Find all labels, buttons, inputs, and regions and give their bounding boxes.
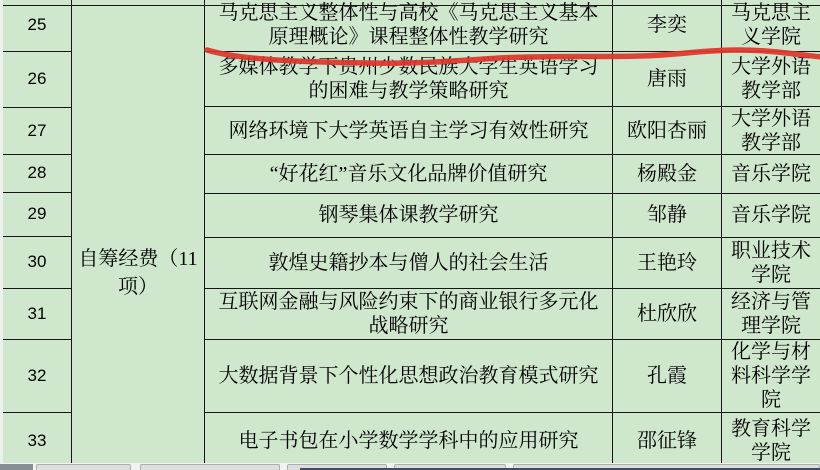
department-cell[interactable]: 音乐学院 — [722, 155, 820, 192]
leader-name-cell[interactable]: 李奕 — [613, 0, 722, 51]
document-table-screenshot: 252627282930313233 自筹经费（11项） 马克思主义整体性与高校… — [0, 0, 820, 470]
table-row: 马克思主义整体性与高校《马克思主义基本原理概论》课程整体性教学研究 李奕 马克思… — [205, 0, 820, 52]
row-number-cell[interactable]: 32 — [3, 340, 71, 413]
bottom-strip-segment — [140, 464, 280, 470]
department-cell[interactable]: 大学外语教学部 — [722, 107, 820, 154]
department-cell[interactable]: 音乐学院 — [722, 194, 820, 237]
project-title-cell[interactable]: 大数据背景下个性化思想政治教育模式研究 — [205, 340, 613, 412]
row-number-cell[interactable]: 30 — [3, 237, 71, 289]
leader-name-cell[interactable]: 邵征锋 — [613, 413, 722, 469]
table-row: 敦煌史籍抄本与僧人的社会生活 王艳玲 职业技术学院 — [205, 238, 820, 290]
table-row: 钢琴集体课教学研究 邹静 音乐学院 — [205, 194, 820, 238]
table-row: 多媒体教学下贵州少数民族大学生英语学习的困难与教学策略研究 唐雨 大学外语教学部 — [205, 52, 820, 108]
department-cell[interactable]: 马克思主义学院 — [722, 0, 820, 51]
row-number-cell[interactable]: 28 — [3, 155, 71, 193]
row-number-cell[interactable]: 33 — [3, 413, 71, 470]
project-rows-column: 马克思主义整体性与高校《马克思主义基本原理概论》课程整体性教学研究 李奕 马克思… — [205, 0, 820, 470]
row-number-cell[interactable]: 31 — [3, 289, 71, 340]
leader-name-cell[interactable]: 杨殿金 — [613, 155, 722, 192]
department-cell[interactable]: 经济与管理学院 — [722, 289, 820, 339]
project-title-cell[interactable]: 网络环境下大学英语自主学习有效性研究 — [205, 107, 613, 154]
department-cell[interactable]: 大学外语教学部 — [722, 52, 820, 107]
row-number-cell[interactable]: 27 — [3, 108, 71, 155]
bottom-strip-segment — [36, 464, 131, 470]
department-cell[interactable]: 职业技术学院 — [722, 238, 820, 289]
leader-name-cell[interactable]: 唐雨 — [613, 52, 722, 107]
leader-name-cell[interactable]: 欧阳杏丽 — [613, 107, 722, 154]
row-number-cell[interactable]: 26 — [3, 52, 71, 108]
leader-name-cell[interactable]: 杜欣欣 — [613, 289, 722, 339]
project-title-cell[interactable]: 敦煌史籍抄本与僧人的社会生活 — [205, 238, 613, 289]
leader-name-cell[interactable]: 王艳玲 — [613, 238, 722, 289]
table-row: 互联网金融与风险约束下的商业银行多元化战略研究 杜欣欣 经济与管理学院 — [205, 289, 820, 340]
funding-category-cell[interactable]: 自筹经费（11项） — [72, 0, 205, 470]
funding-category-label: 自筹经费（11项） — [76, 0, 201, 301]
table-row: 网络环境下大学英语自主学习有效性研究 欧阳杏丽 大学外语教学部 — [205, 107, 820, 155]
bottom-edge-strip — [0, 463, 820, 470]
table-row: “好花红”音乐文化品牌价值研究 杨殿金 音乐学院 — [205, 155, 820, 193]
project-title-cell[interactable]: 电子书包在小学数学学科中的应用研究 — [205, 413, 613, 469]
project-title-cell[interactable]: 互联网金融与风险约束下的商业银行多元化战略研究 — [205, 289, 613, 339]
funding-projects-table: 252627282930313233 自筹经费（11项） 马克思主义整体性与高校… — [3, 0, 820, 470]
row-number-cell[interactable]: 25 — [3, 0, 71, 52]
project-title-cell[interactable]: 马克思主义整体性与高校《马克思主义基本原理概论》课程整体性教学研究 — [205, 0, 613, 51]
project-title-cell[interactable]: 钢琴集体课教学研究 — [205, 194, 613, 237]
row-number-cell[interactable]: 29 — [3, 193, 71, 237]
bottom-left-corner-block — [0, 464, 33, 470]
leader-name-cell[interactable]: 邹静 — [613, 194, 722, 237]
row-number-column: 252627282930313233 — [3, 0, 72, 470]
project-title-cell[interactable]: 多媒体教学下贵州少数民族大学生英语学习的困难与教学策略研究 — [205, 52, 613, 107]
department-cell[interactable]: 化学与材料科学学院 — [722, 340, 820, 412]
project-title-cell[interactable]: “好花红”音乐文化品牌价值研究 — [205, 155, 613, 192]
table-row: 电子书包在小学数学学科中的应用研究 邵征锋 教育科学学院 — [205, 413, 820, 470]
leader-name-cell[interactable]: 孔霞 — [613, 340, 722, 412]
table-row: 大数据背景下个性化思想政治教育模式研究 孔霞 化学与材料科学学院 — [205, 340, 820, 413]
table-top-border — [3, 5, 820, 6]
department-cell[interactable]: 教育科学学院 — [722, 413, 820, 469]
